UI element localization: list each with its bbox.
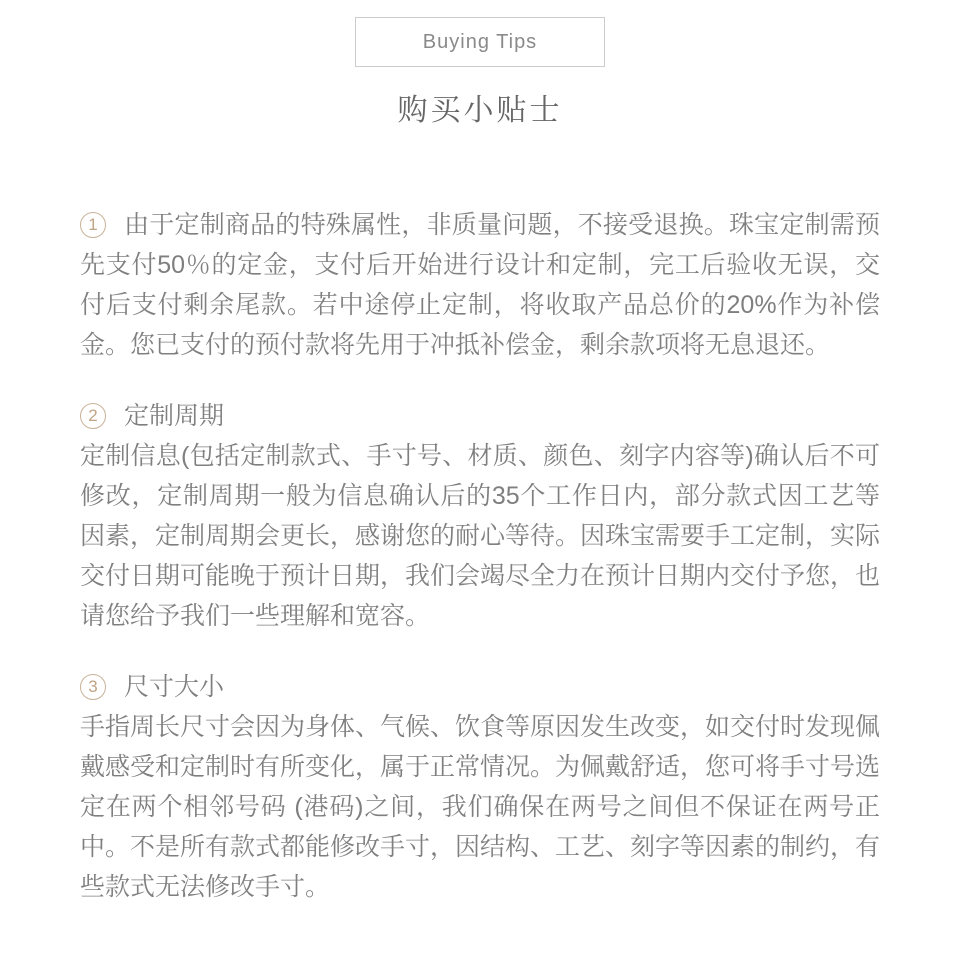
tip-heading: 2 定制周期 [80, 396, 880, 436]
circled-number-2-icon: 2 [80, 403, 106, 429]
tip-text: 手指周长尺寸会因为身体、气候、饮食等原因发生改变，如交付时发现佩戴感受和定制时有… [80, 707, 880, 907]
tips-list: 1 由于定制商品的特殊属性，非质量问题，不接受退换。珠宝定制需预先支付50％的定… [80, 205, 880, 907]
tip-heading-text: 定制周期 [124, 402, 224, 430]
tip-item-1: 1 由于定制商品的特殊属性，非质量问题，不接受退换。珠宝定制需预先支付50％的定… [80, 205, 880, 365]
buying-tips-badge-label: Buying Tips [423, 31, 537, 54]
section-header: Buying Tips 购买小贴士 [0, 17, 960, 129]
circled-number-3-icon: 3 [80, 674, 106, 700]
buying-tips-badge: Buying Tips [355, 17, 605, 67]
tip-item-2: 2 定制周期 定制信息(包括定制款式、手寸号、材质、颜色、刻字内容等)确认后不可… [80, 396, 880, 636]
tip-text: 由于定制商品的特殊属性，非质量问题，不接受退换。珠宝定制需预先支付50％的定金，… [80, 211, 880, 359]
tip-heading: 3 尺寸大小 [80, 667, 880, 707]
tip-heading-text: 尺寸大小 [124, 673, 224, 701]
tip-text: 定制信息(包括定制款式、手寸号、材质、颜色、刻字内容等)确认后不可修改，定制周期… [80, 436, 880, 636]
circled-number-1-icon: 1 [80, 212, 106, 238]
page-title: 购买小贴士 [0, 85, 960, 129]
tip-paragraph: 1 由于定制商品的特殊属性，非质量问题，不接受退换。珠宝定制需预先支付50％的定… [80, 205, 880, 365]
tip-item-3: 3 尺寸大小 手指周长尺寸会因为身体、气候、饮食等原因发生改变，如交付时发现佩戴… [80, 667, 880, 907]
